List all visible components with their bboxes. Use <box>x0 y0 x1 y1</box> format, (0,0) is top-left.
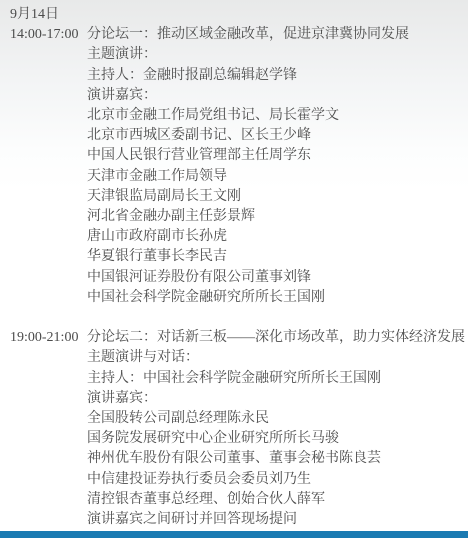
agenda-line: 天津银监局副局长王文刚 <box>87 187 462 207</box>
agenda-line: 演讲嘉宾： <box>87 389 462 409</box>
agenda-line: 唐山市政府副市长孙虎 <box>87 227 462 247</box>
agenda-line: 清控银杏董事总经理、创始合伙人薛军 <box>87 490 462 510</box>
session-2-lines: 主题演讲与对话：主持人：中国社会科学院金融研究所所长王国刚演讲嘉宾：全国股转公司… <box>87 348 462 530</box>
session-2: 19:00-21:00 分论坛二：对话新三板——深化市场改革，助力实体经济发展 … <box>10 328 462 530</box>
session-1: 14:00-17:00 分论坛一：推动区域金融改革，促进京津冀协同发展 主题演讲… <box>10 25 462 308</box>
agenda-line: 演讲嘉宾之间研讨并回答现场提问 <box>87 510 462 530</box>
agenda-line: 天津市金融工作局领导 <box>87 167 462 187</box>
agenda-line: 中信建投证券执行委员会委员刘乃生 <box>87 470 462 490</box>
agenda-line: 中国社会科学院金融研究所所长王国刚 <box>87 288 462 308</box>
agenda-line: 神州优车股份有限公司董事、董事会秘书陈良芸 <box>87 449 462 469</box>
footer-accent-bar <box>0 531 468 538</box>
session-1-content: 分论坛一：推动区域金融改革，促进京津冀协同发展 主题演讲：主持人：金融时报副总编… <box>87 25 462 308</box>
session-1-time: 14:00-17:00 <box>10 25 87 45</box>
agenda-line: 北京市金融工作局党组书记、局长霍学文 <box>87 106 462 126</box>
agenda-line: 北京市西城区委副书记、区长王少峰 <box>87 126 462 146</box>
agenda-line: 中国银河证券股份有限公司董事刘锋 <box>87 268 462 288</box>
session-1-title: 分论坛一：推动区域金融改革，促进京津冀协同发展 <box>87 25 462 45</box>
date-heading: 9月14日 <box>10 5 462 25</box>
agenda-page: 9月14日 14:00-17:00 分论坛一：推动区域金融改革，促进京津冀协同发… <box>0 0 468 541</box>
agenda-line: 主持人：中国社会科学院金融研究所所长王国刚 <box>87 369 462 389</box>
agenda-line: 主题演讲： <box>87 45 462 65</box>
session-2-content: 分论坛二：对话新三板——深化市场改革，助力实体经济发展 主题演讲与对话：主持人：… <box>87 328 462 530</box>
agenda-line: 演讲嘉宾： <box>87 86 462 106</box>
session-1-lines: 主题演讲：主持人：金融时报副总编辑赵学锋演讲嘉宾：北京市金融工作局党组书记、局长… <box>87 45 462 308</box>
agenda-line: 华夏银行董事长李民吉 <box>87 247 462 267</box>
agenda-line: 全国股转公司副总经理陈永民 <box>87 409 462 429</box>
session-2-time: 19:00-21:00 <box>10 328 87 348</box>
agenda-line: 中国人民银行营业管理部主任周学东 <box>87 146 462 166</box>
agenda-line: 国务院发展研究中心企业研究所所长马骏 <box>87 429 462 449</box>
agenda-line: 主持人：金融时报副总编辑赵学锋 <box>87 66 462 86</box>
agenda-line: 主题演讲与对话： <box>87 348 462 368</box>
agenda-line: 河北省金融办副主任彭景辉 <box>87 207 462 227</box>
session-2-title: 分论坛二：对话新三板——深化市场改革，助力实体经济发展 <box>87 328 462 348</box>
